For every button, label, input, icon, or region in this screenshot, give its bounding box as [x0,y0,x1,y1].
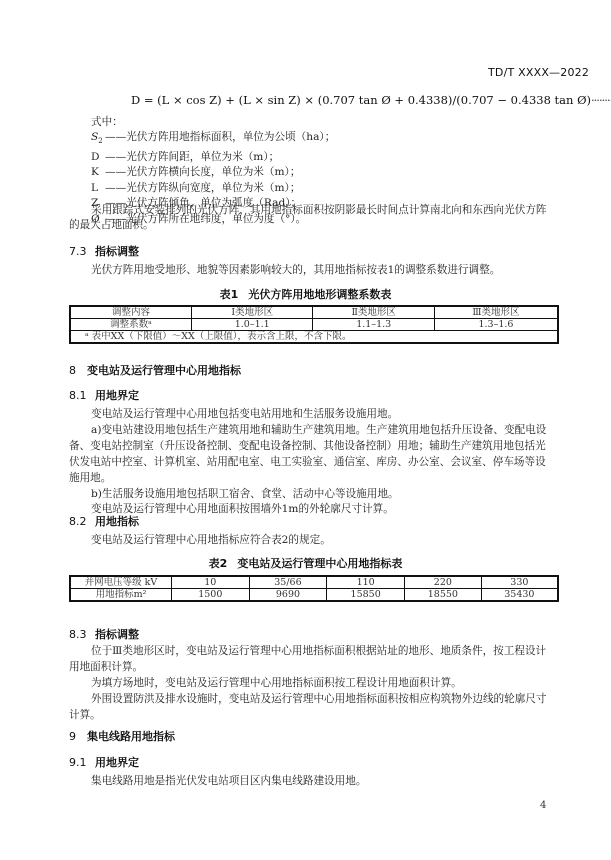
table-cell: 调整系数ᵃ [70,319,191,331]
document-id: TD/T XXXX—2022 [488,66,589,79]
caption-title: 变电站及运行管理中心用地指标表 [237,557,402,570]
section-8-2-paragraph: 变电站及运行管理中心用地指标应符合表2的规定。 [91,533,331,549]
section-8-1-item-a-line1: a)变电站建设用地包括生产建筑用地和辅助生产建筑用地。生产建筑用地包括升压设备、… [91,423,546,439]
section-8-1-item-b: b)生活服务设施用地包括职工宿舍、食堂、活动中心等设施用地。 [91,487,399,503]
variable-desc: ——光伏方阵用地指标面积，单位为公顷（ha）； [105,131,335,143]
section-8-1-paragraph-1: 变电站及运行管理中心用地包括变电站用地和生活服务设施用地。 [91,407,398,423]
variable-symbol: K [91,165,105,181]
table-header-cell: 并网电压等级 kV [70,576,171,589]
variable-item: S2——光伏方阵用地指标面积，单位为公顷（ha）； [91,130,335,150]
section-9-heading: 9集电线路用地指标 [69,728,175,744]
table2-caption: 表2变电站及运行管理中心用地指标表 [0,555,611,571]
variable-desc: ——光伏方阵横向长度，单位为米（m）； [105,166,300,178]
section-8-heading: 8变电站及运行管理中心用地指标 [69,362,241,378]
table-cell: 1.0–1.1 [191,319,313,331]
table-header-cell: 调整内容 [70,306,191,319]
tracking-paragraph-line2: 的最大占地面积。 [69,218,154,234]
section-9-1-heading: 9.1用地界定 [69,754,139,770]
table-row: 调整系数ᵃ 1.0–1.1 1.1–1.3 1.3–1.6 [70,319,558,331]
table-cell: 1.3–1.6 [434,319,558,331]
tracking-paragraph-line1: 采用跟踪式安装排列的光伏方阵，其用地指标面积按阴影最长时间点计算南北向和东西向光… [91,203,547,219]
section-number: 8.1 [69,389,95,402]
section-8-3-heading: 8.3指标调整 [69,626,139,642]
variable-item: D——光伏方阵间距，单位为米（m）； [91,150,335,166]
section-number: 7.3 [69,245,95,258]
table-cell: 110 [327,576,405,589]
section-number: 8.2 [69,515,95,528]
table-header-cell: Ⅰ类地形区 [191,306,313,319]
table-header-cell: 用地指标m² [70,589,171,602]
formula-4: D = (L × cos Z) + (L × sin Z) × (0.707 t… [131,93,611,107]
where-label: 式中： [91,115,123,131]
section-number: 8 [69,364,87,377]
table-row-voltage: 并网电压等级 kV 10 35/66 110 220 330 [70,576,558,589]
section-title: 指标调整 [95,628,139,641]
table-cell: 9690 [249,589,327,602]
section-title: 集电线路用地指标 [87,730,175,743]
section-number: 8.3 [69,628,95,641]
section-8-1-item-a-line3: 伏发电站中控室、计算机室、站用配电室、电工实验室、通信室、库房、办公室、会议室、… [69,455,546,471]
table-cell: 35430 [481,589,558,602]
table-row-land-index: 用地指标m² 1500 9690 15850 18550 35430 [70,589,558,602]
section-8-1-item-a-line4: 施用地。 [69,471,111,487]
section-8-1-heading: 8.1用地界定 [69,387,139,403]
section-title: 变电站及运行管理中心用地指标 [87,364,241,377]
section-8-3-p1-line1: 位于Ⅲ类地形区时，变电站及运行管理中心用地指标面积根据站址的地形、地质条件，按工… [91,644,546,660]
section-8-2-heading: 8.2用地指标 [69,513,139,529]
table-cell: 1.1–1.3 [313,319,435,331]
table1-terrain-adjustment: 调整内容 Ⅰ类地形区 Ⅱ类地形区 Ⅲ类地形区 调整系数ᵃ 1.0–1.1 1.1… [69,305,559,344]
variable-symbol: L [91,181,105,197]
table-cell: 1500 [171,589,249,602]
formula-expression: D = (L × cos Z) + (L × sin Z) × (0.707 t… [131,93,591,107]
table-cell: 10 [171,576,249,589]
section-7-3-heading: 7.3指标调整 [69,243,139,259]
caption-title: 光伏方阵用地地形调整系数表 [248,288,391,301]
table-cell: 220 [405,576,482,589]
table-cell: 330 [481,576,558,589]
section-7-3-paragraph: 光伏方阵用地受地形、地貌等因素影响较大的，其用地指标按表1的调整系数进行调整。 [91,263,500,279]
section-8-3-p2: 为填方场地时，变电站及运行管理中心用地指标面积按工程设计用地面积计算。 [91,676,462,692]
table-header-cell: Ⅱ类地形区 [313,306,435,319]
page-number: 4 [540,800,546,811]
section-number: 9 [69,730,87,743]
variable-desc: ——光伏方阵纵向宽度，单位为米（m）； [105,182,300,194]
section-title: 用地指标 [95,515,139,528]
section-8-1-item-a-line2: 备、变电站控制室（升压设备控制、变配电设备控制、其他设备控制）用地；辅助生产建筑… [69,439,546,455]
table-header-row: 调整内容 Ⅰ类地形区 Ⅱ类地形区 Ⅲ类地形区 [70,306,558,319]
section-9-1-paragraph: 集电线路用地是指光伏发电站项目区内集电线路建设用地。 [91,774,366,790]
variable-desc: ——光伏方阵间距，单位为米（m）； [105,151,279,163]
section-title: 指标调整 [95,245,139,258]
table1-caption: 表1光伏方阵用地地形调整系数表 [0,286,611,302]
section-8-3-p3-line1: 外围设置防洪及排水设施时，变电站及运行管理中心用地指标面积按相应构筑物外边线的轮… [91,692,547,708]
table-header-cell: Ⅲ类地形区 [434,306,558,319]
section-number: 9.1 [69,756,95,769]
table2-substation-land-index: 并网电压等级 kV 10 35/66 110 220 330 用地指标m² 15… [69,575,559,602]
section-8-3-p3-line2: 计算。 [69,708,101,724]
caption-number: 表2 [209,557,228,570]
variable-item: K——光伏方阵横向长度，单位为米（m）； [91,165,335,181]
table-note-row: ᵃ 表中XX（下限值）～XX（上限值），表示含上限，不含下限。 [70,331,558,344]
table-note: ᵃ 表中XX（下限值）～XX（上限值），表示含上限，不含下限。 [70,331,558,344]
section-title: 用地界定 [95,756,139,769]
table-cell: 18550 [405,589,482,602]
variable-item: L——光伏方阵纵向宽度，单位为米（m）； [91,181,335,197]
table-cell: 35/66 [249,576,327,589]
table-cell: 15850 [327,589,405,602]
formula-leader: ················· [591,93,611,107]
section-8-3-p1-line2: 用地面积计算。 [69,660,143,676]
section-title: 用地界定 [95,389,139,402]
variable-symbol: D [91,150,105,166]
caption-number: 表1 [220,288,239,301]
